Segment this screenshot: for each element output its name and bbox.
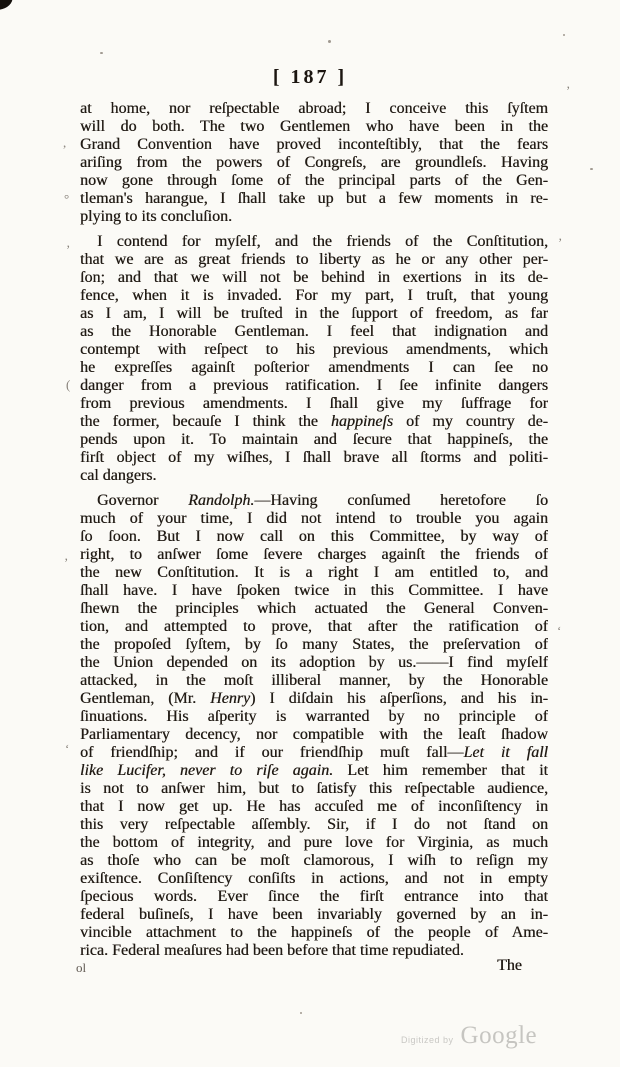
- scan-speck: ’: [64, 556, 68, 569]
- text-line: Governor Randolph.—Having conſumed heret…: [80, 492, 548, 510]
- text-line: of friendſhip; and if our friendſhip muſ…: [80, 744, 548, 762]
- body-text: Let him remember that it: [333, 762, 548, 779]
- body-text: I contend for myſelf, and the friends of…: [97, 233, 548, 250]
- text-line: Grand Convention have proved inconteſtib…: [80, 136, 548, 154]
- scanned-page: [ 187 ] at home, nor reſpectable abroad;…: [0, 0, 620, 1067]
- body-text: —Having conſumed heretofore ſo: [254, 492, 548, 509]
- text-line: from previous amendments. I ſhall give m…: [80, 395, 548, 413]
- body-text: tion, and attempted to prove, that after…: [80, 618, 548, 635]
- paragraph: I contend for myſelf, and the friends of…: [80, 233, 548, 485]
- italic-text: Randolph.: [188, 492, 254, 509]
- body-text: fence, when it is invaded. For my part, …: [80, 287, 548, 304]
- body-text: he expreſſes againſt poſterior amendment…: [80, 359, 548, 376]
- page-number-header: [ 187 ]: [0, 66, 620, 89]
- scan-speck: [100, 52, 103, 54]
- body-text: ſhewn the principles which actuated the …: [80, 600, 548, 617]
- body-text: as I am, I will be truſted in the ſuppor…: [80, 305, 548, 322]
- paragraph: Governor Randolph.—Having conſumed heret…: [80, 492, 548, 960]
- scan-speck: ‘: [65, 742, 69, 755]
- text-line: much of your time, I did not intend to t…: [80, 510, 548, 528]
- body-text: ariſing from the powers of Congreſs, are…: [80, 154, 548, 171]
- scan-speck: ’: [558, 236, 562, 249]
- body-text: danger from a previous ratification. I ſ…: [80, 377, 548, 394]
- text-line: attacked, in the moſt illiberal manner, …: [80, 672, 548, 690]
- body-text: cal dangers.: [80, 467, 156, 484]
- text-line: I contend for myſelf, and the friends of…: [80, 233, 548, 251]
- body-text: right, to anſwer ſome ſevere charges aga…: [80, 546, 548, 563]
- scan-speck: [563, 34, 565, 36]
- google-logo: Google: [461, 1022, 538, 1050]
- text-line: vincible attachment to the happineſs of …: [80, 924, 548, 942]
- body-text: that we are as great friends to liberty …: [80, 251, 548, 268]
- text-line: ariſing from the powers of Congreſs, are…: [80, 154, 548, 172]
- text-line: like Lucifer, never to riſe again. Let h…: [80, 762, 548, 780]
- scan-speck: ’: [66, 243, 70, 256]
- body-text: ſo ſoon. But I now call on this Committe…: [80, 528, 548, 545]
- body-text: of my country de-: [393, 413, 548, 430]
- scan-speck: ,: [63, 136, 66, 149]
- body-text: the former, becauſe I think the: [80, 413, 331, 430]
- text-line: cal dangers.: [80, 467, 548, 485]
- body-text: ſpecious words. Ever ſince the firſt ent…: [80, 888, 548, 905]
- body-text: contempt with reſpect to his previous am…: [80, 341, 548, 358]
- text-line: as I am, I will be truſted in the ſuppor…: [80, 305, 548, 323]
- body-text: Grand Convention have proved inconteſtib…: [80, 136, 548, 153]
- text-line: fence, when it is invaded. For my part, …: [80, 287, 548, 305]
- text-line: ſon; and that we will not be behind in e…: [80, 269, 548, 287]
- text-line: the bottom of integrity, and pure love f…: [80, 834, 548, 852]
- body-text: this very reſpectable aſſembly. Sir, if …: [80, 816, 548, 833]
- body-text: as thoſe who can be moſt clamorous, I wi…: [80, 852, 548, 869]
- body-text: ſhall have. I have ſpoken twice in this …: [80, 582, 548, 599]
- text-line: danger from a previous ratification. I ſ…: [80, 377, 548, 395]
- text-line: right, to anſwer ſome ſevere charges aga…: [80, 546, 548, 564]
- signature-mark: ol: [76, 960, 86, 976]
- text-line: Parliamentary decency, nor compatible wi…: [80, 726, 548, 744]
- body-text: at home, nor reſpectable abroad; I conce…: [80, 100, 548, 117]
- body-text: Parliamentary decency, nor compatible wi…: [80, 726, 548, 743]
- scan-speck: [300, 1012, 302, 1014]
- text-line: contempt with reſpect to his previous am…: [80, 341, 548, 359]
- text-line: that I now get up. He has accuſed me of …: [80, 798, 548, 816]
- text-line: that we are as great friends to liberty …: [80, 251, 548, 269]
- watermark-prefix: Digitized by: [401, 1035, 454, 1045]
- scan-speck: [328, 40, 331, 43]
- text-line: ſo ſoon. But I now call on this Committe…: [80, 528, 548, 546]
- paragraph: at home, nor reſpectable abroad; I conce…: [80, 100, 548, 226]
- text-line: now gone through ſome of the principal p…: [80, 172, 548, 190]
- body-text: ſinuations. His aſperity is warranted by…: [80, 708, 548, 725]
- text-line: as the Honorable Gentleman. I feel that …: [80, 323, 548, 341]
- text-line: rica. Federal meaſures had been before t…: [80, 942, 548, 960]
- body-text: plying to its concluſion.: [80, 208, 232, 225]
- text-line: the Union depended on its adoption by us…: [80, 654, 548, 672]
- text-line: at home, nor reſpectable abroad; I conce…: [80, 100, 548, 118]
- text-line: ſhall have. I have ſpoken twice in this …: [80, 582, 548, 600]
- scan-speck: [590, 168, 593, 170]
- text-line: tion, and attempted to prove, that after…: [80, 618, 548, 636]
- text-line: ſinuations. His aſperity is warranted by…: [80, 708, 548, 726]
- body-text: now gone through ſome of the principal p…: [80, 172, 548, 189]
- text-line: will do both. The two Gentlemen who have…: [80, 118, 548, 136]
- body-text: Governor: [97, 492, 188, 509]
- body-text: is not to anſwer him, but to ſatisfy thi…: [80, 780, 548, 797]
- text-line: the former, becauſe I think the happineſ…: [80, 413, 548, 431]
- body-text: the bottom of integrity, and pure love f…: [80, 834, 548, 851]
- italic-text: like Lucifer, never to riſe again.: [80, 762, 333, 779]
- text-line: federal buſineſs, I have been invariably…: [80, 906, 548, 924]
- catchword: The: [497, 957, 522, 975]
- text-line: he expreſſes againſt poſterior amendment…: [80, 359, 548, 377]
- text-line: pends upon it. To maintain and ſecure th…: [80, 431, 548, 449]
- body-text: rica. Federal meaſures had been before t…: [80, 942, 464, 959]
- italic-text: Let it fall: [463, 744, 548, 761]
- body-text: the Union depended on its adoption by us…: [80, 654, 548, 671]
- text-line: plying to its concluſion.: [80, 208, 548, 226]
- watermark: Digitized by Google: [401, 1022, 537, 1050]
- body-text: ) I diſdain his aſperſions, and his in-: [250, 690, 548, 707]
- body-text: attacked, in the moſt illiberal manner, …: [80, 672, 548, 689]
- italic-text: Henry: [210, 690, 250, 707]
- text-line: firſt object of my wiſhes, I ſhall brave…: [80, 449, 548, 467]
- text-line: ſhewn the principles which actuated the …: [80, 600, 548, 618]
- text-line: the propoſed ſyſtem, by ſo many States, …: [80, 636, 548, 654]
- text-block: at home, nor reſpectable abroad; I conce…: [80, 100, 548, 960]
- text-line: as thoſe who can be moſt clamorous, I wi…: [80, 852, 548, 870]
- body-text: from previous amendments. I ſhall give m…: [80, 395, 548, 412]
- text-line: tleman's harangue, I ſhall take up but a…: [80, 190, 548, 208]
- body-text: that I now get up. He has accuſed me of …: [80, 798, 548, 815]
- body-text: firſt object of my wiſhes, I ſhall brave…: [80, 449, 548, 466]
- scan-speck: ‘: [557, 624, 561, 637]
- body-text: exiſtence. Conſiſtency conſiſts in actio…: [80, 870, 548, 887]
- text-line: this very reſpectable aſſembly. Sir, if …: [80, 816, 548, 834]
- scan-speck: (: [66, 378, 70, 391]
- scan-speck: ’: [566, 84, 570, 97]
- body-text: ſon; and that we will not be behind in e…: [80, 269, 548, 286]
- body-text: will do both. The two Gentlemen who have…: [80, 118, 548, 135]
- scan-corner-artifact: [0, 0, 14, 10]
- body-text: much of your time, I did not intend to t…: [80, 510, 548, 527]
- italic-text: happineſs: [331, 413, 393, 430]
- scan-speck: °: [64, 192, 69, 205]
- body-text: federal buſineſs, I have been invariably…: [80, 906, 548, 923]
- body-text: the new Conſtitution. It is a right I am…: [80, 564, 548, 581]
- text-line: ſpecious words. Ever ſince the firſt ent…: [80, 888, 548, 906]
- text-line: Gentleman, (Mr. Henry) I diſdain his aſp…: [80, 690, 548, 708]
- body-text: tleman's harangue, I ſhall take up but a…: [80, 190, 548, 207]
- text-line: is not to anſwer him, but to ſatisfy thi…: [80, 780, 548, 798]
- body-text: Gentleman, (Mr.: [80, 690, 210, 707]
- text-line: the new Conſtitution. It is a right I am…: [80, 564, 548, 582]
- body-text: the propoſed ſyſtem, by ſo many States, …: [80, 636, 548, 653]
- text-line: exiſtence. Conſiſtency conſiſts in actio…: [80, 870, 548, 888]
- body-text: vincible attachment to the happineſs of …: [80, 924, 548, 941]
- body-text: of friendſhip; and if our friendſhip muſ…: [80, 744, 463, 761]
- body-text: as the Honorable Gentleman. I feel that …: [80, 323, 548, 340]
- body-text: pends upon it. To maintain and ſecure th…: [80, 431, 548, 448]
